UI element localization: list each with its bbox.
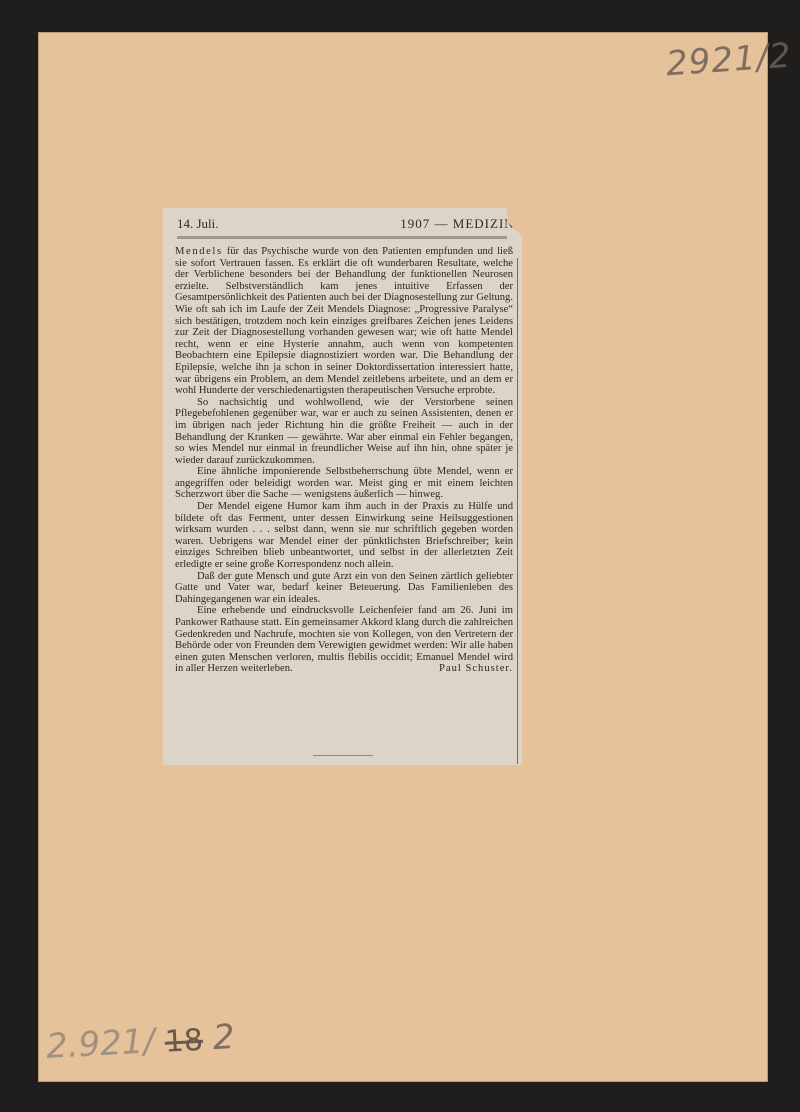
article-body: Mendels für das Psychische wurde von den… [175,246,513,675]
clipping-header: 14. Juli. 1907 — MEDIZINI [177,216,508,232]
column-rule [517,258,518,764]
archive-number-bottom-main: 2.921/ [45,1021,156,1067]
paragraph-1: Mendels für das Psychische wurde von den… [175,246,513,397]
paragraph-2: So nachsichtig und wohlwollend, wie der … [175,397,513,467]
archive-number-struck: 18 [164,1023,204,1060]
newspaper-clipping: 14. Juli. 1907 — MEDIZINI Mendels für da… [163,208,522,765]
archive-number-top: 2921/2 [665,36,793,85]
paragraph-4: Der Mendel eigene Humor kam ihm auch in … [175,501,513,571]
end-rule [313,755,373,756]
paragraph-6: Eine erhebende und eindrucksvolle Leiche… [175,605,513,675]
clipping-date: 14. Juli. [177,216,219,232]
lead-word: Mendels [175,246,223,257]
header-rule [177,236,507,239]
archive-page-number: 2 [212,1017,236,1058]
signature: Paul Schuster. [417,663,513,675]
paragraph-5: Daß der gute Mensch und gute Arzt ein vo… [175,571,513,606]
clipping-journal: 1907 — MEDIZINI [400,216,520,232]
paragraph-3: Eine ähnliche imponierende Selbstbeherrs… [175,466,513,501]
